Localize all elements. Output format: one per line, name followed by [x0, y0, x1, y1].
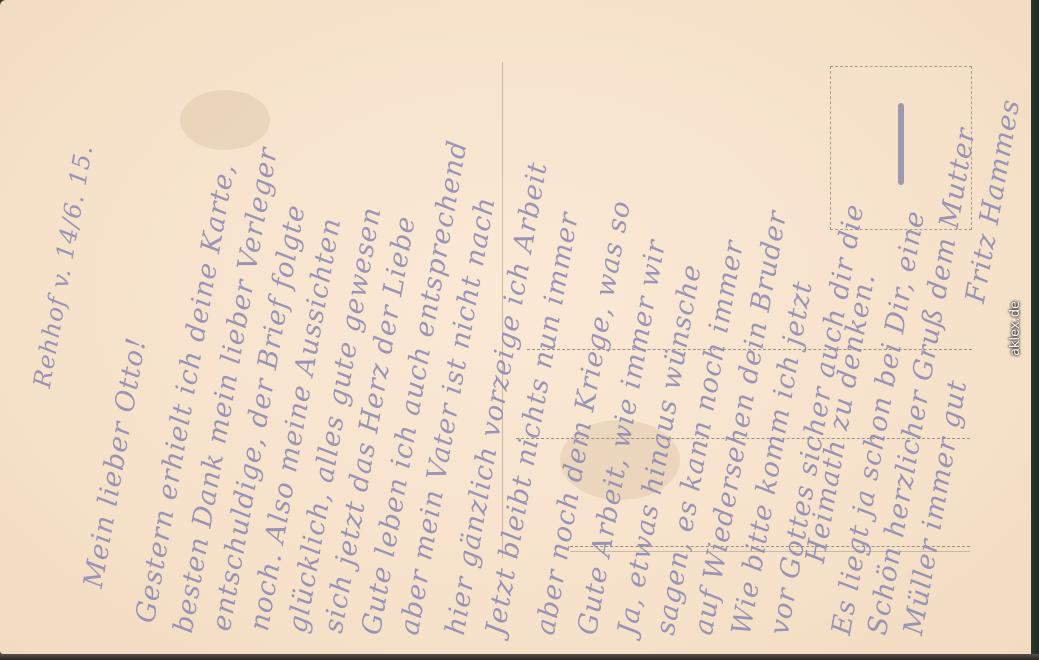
- postcard-back: Rehhof v. 14/6. 15. Mein lieber Otto! Ge…: [0, 0, 1031, 654]
- place-date: Rehhof v. 14/6. 15.: [28, 142, 98, 390]
- paper-stain: [180, 90, 270, 150]
- card-edge-shadow: [0, 654, 1039, 660]
- card-edge-shadow: [1031, 0, 1039, 660]
- watermark: aklex.de: [1008, 301, 1023, 356]
- stamp-box-mark: [898, 103, 904, 185]
